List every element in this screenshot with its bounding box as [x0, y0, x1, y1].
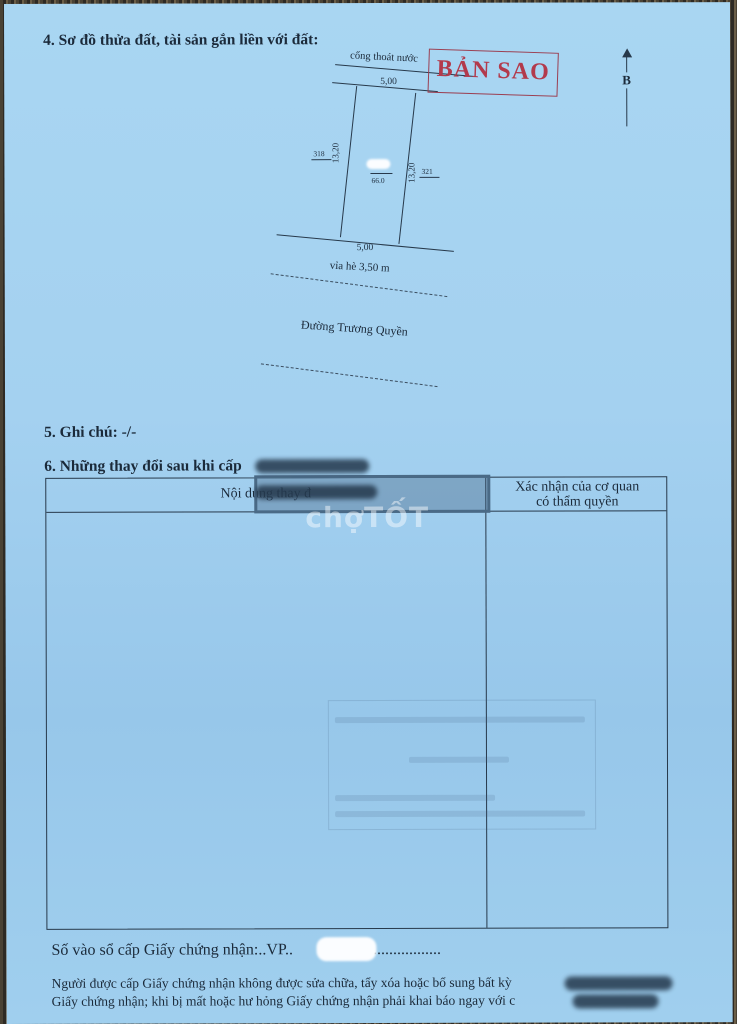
registry-number-line: Số vào sổ cấp Giấy chứng nhận:..VP......…: [51, 941, 441, 960]
area-label: 66.0: [371, 176, 384, 185]
left-length-label: 13,20: [330, 143, 340, 163]
header-authority-confirmation: Xác nhận của cơ quan có thẩm quyền: [486, 479, 668, 509]
header-authority-line2: có thẩm quyền: [486, 494, 668, 509]
street-edge: [261, 363, 438, 387]
notice-line-2: Giấy chứng nhận; khi bị mất hoặc hư hỏng…: [52, 993, 516, 1010]
bottom-width-label: 5,00: [357, 243, 374, 253]
land-certificate-page: 4. Sơ đồ thửa đất, tài sản gắn liền với …: [4, 2, 733, 1024]
north-arrow-icon: [622, 48, 632, 57]
left-neighbor-line: [311, 159, 331, 160]
sidewalk-label: vỉa hè 3,50 m: [329, 260, 389, 275]
right-neighbor-line: [419, 177, 439, 178]
copy-stamp-text: BẢN SAO: [429, 56, 558, 87]
redacted-parcel-number: [366, 159, 390, 169]
registry-prefix: VP..: [266, 941, 293, 958]
redacted-notice-2: [573, 994, 659, 1008]
north-label: B: [621, 72, 632, 88]
redacted-title-text: [255, 459, 369, 473]
right-length-label: 13,20: [406, 163, 416, 183]
sidewalk-edge: [271, 273, 448, 297]
section-5-title: 5. Ghi chú: -/-: [44, 424, 136, 442]
copy-stamp: BẢN SAO: [428, 49, 559, 97]
registry-label: Số vào sổ cấp Giấy chứng nhận:..: [51, 941, 266, 959]
redacted-notice-1: [565, 976, 673, 990]
north-line: [626, 54, 628, 126]
faint-row: [335, 810, 585, 817]
faint-row: [335, 795, 495, 801]
drain-label: cống thoát nước: [350, 50, 418, 64]
left-boundary: [340, 86, 357, 237]
right-neighbor-label: 321: [421, 167, 432, 176]
redacted-registry-number: [316, 937, 376, 961]
notice-line-1: Người được cấp Giấy chứng nhận không đượ…: [52, 975, 512, 992]
watermark: chợTỐT: [305, 501, 429, 534]
faint-row: [409, 757, 509, 763]
street-label: Đường Trương Quyền: [300, 318, 408, 340]
header-authority-line1: Xác nhận của cơ quan: [486, 479, 668, 494]
section-6-title: 6. Những thay đổi sau khi cấp: [44, 457, 242, 476]
left-neighbor-label: 318: [313, 149, 324, 158]
parcel-number-line: [370, 173, 392, 174]
faint-row: [335, 716, 585, 723]
section-4-title: 4. Sơ đồ thửa đất, tài sản gắn liền với …: [43, 31, 318, 50]
faint-bleedthrough-stamp: [328, 699, 596, 830]
redacted-header-text: [255, 485, 377, 499]
